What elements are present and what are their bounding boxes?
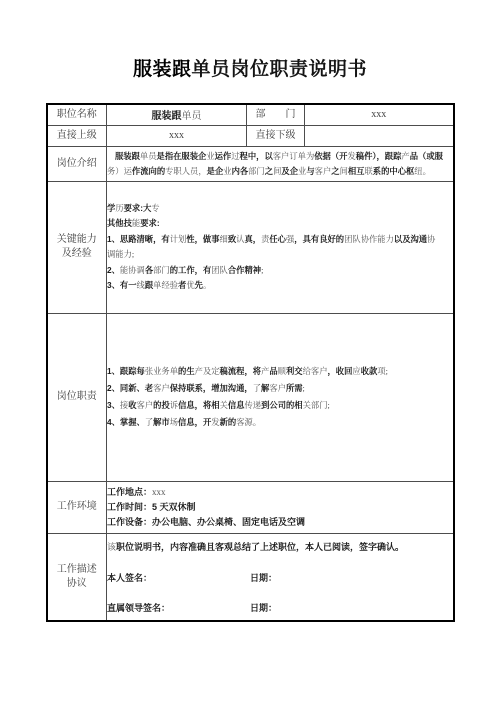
leader-date-label: 日期： xyxy=(250,603,277,613)
skills-text-line: 其他技能要求: xyxy=(107,216,453,232)
environment-section-label-cell: 工作环境 xyxy=(47,481,107,533)
duties-content-cell: 1、跟踪每张业务单的生产及定稿流程，将产品顺利交给客户，收回应收款项; 2、同新… xyxy=(107,313,454,481)
job-description-table: 职位名称 服装跟单员 部 门 xxx 直接上级 xxx 直接下级 xyxy=(46,103,455,622)
subordinate-label: 直接下级 xyxy=(256,130,296,141)
skills-content-cell: 学历要求:大专 其他技能要求: 1、思路清晰，有计划性，做事细致认真，责任心强，… xyxy=(107,181,454,313)
supervisor-value: xxx xyxy=(169,130,184,141)
skills-section-label-line1: 关键能力 xyxy=(48,233,107,247)
duties-text-line: 1、跟踪每张业务单的生产及定稿流程，将产品顺利交给客户，收回应收款项; xyxy=(107,363,453,380)
agreement-section-label-line2: 协议 xyxy=(48,577,107,591)
subordinate-value-cell xyxy=(305,125,454,146)
table-row-environment: 工作环境 工作地点：xxx 工作时间：5 天双休制 工作设备：办公电脑、办公桌椅… xyxy=(47,481,454,533)
position-name-label: 职位名称 xyxy=(57,109,97,120)
environment-text-line: 工作地点：xxx xyxy=(107,485,453,500)
position-name-label-cell: 职位名称 xyxy=(47,104,107,125)
subordinate-label-cell: 直接下级 xyxy=(247,125,305,146)
skills-text-line: 3、有一线跟单经验者优先。 xyxy=(107,278,453,294)
document-page: 服装跟单员岗位职责说明书 职位名称 服装跟单员 部 门 xxx 直接上级 xyxy=(0,0,500,707)
agreement-intro-line: 该职位说明书，内容准确且客观总结了上述职位，本人已阅读，签字确认。 xyxy=(107,540,453,554)
environment-section-label: 工作环境 xyxy=(57,501,97,512)
environment-text-line: 工作时间：5 天双休制 xyxy=(107,500,453,515)
department-value-cell: xxx xyxy=(305,104,454,125)
intro-section-label: 岗位介绍 xyxy=(57,158,97,169)
skills-text-line: 学历要求:大专 xyxy=(107,201,453,217)
supervisor-label: 直接上级 xyxy=(57,130,97,141)
intro-section-label-cell: 岗位介绍 xyxy=(47,146,107,181)
duties-section-label: 岗位职责 xyxy=(57,391,97,402)
table-row-duties: 岗位职责 1、跟踪每张业务单的生产及定稿流程，将产品顺利交给客户，收回应收款项;… xyxy=(47,313,454,481)
leader-signature-row: 直属领导签名：日期： xyxy=(107,601,453,614)
skills-section-label-line2: 及经验 xyxy=(48,247,107,261)
skills-text-line: 1、思路清晰，有计划性，做事细致认真，责任心强，具有良好的团队协作能力以及沟通协 xyxy=(107,232,453,248)
intro-text-line: 服装跟单员是指在服装企业运作过程中，以客户订单为依据（开发稿件），跟踪产品（或服 xyxy=(107,149,453,164)
skills-text-line: 调能力; xyxy=(107,247,453,263)
duties-text-line: 2、同新、老客户保持联系，增加沟通，了解客户所需; xyxy=(107,380,453,397)
environment-text-line: 工作设备：办公电脑、办公桌椅、固定电话及空调 xyxy=(107,515,453,530)
table-row-position: 职位名称 服装跟单员 部 门 xxx xyxy=(47,104,454,125)
self-date-label: 日期： xyxy=(250,573,277,583)
leader-signature-label: 直属领导签名： xyxy=(107,601,250,614)
department-label: 部 门 xyxy=(256,109,296,120)
duties-text-line: 3、接收客户的投诉信息，将相关信息传递到公司的相关部门; xyxy=(107,397,453,414)
department-label-cell: 部 门 xyxy=(247,104,305,125)
agreement-content-cell: 该职位说明书，内容准确且客观总结了上述职位，本人已阅读，签字确认。 本人签名：日… xyxy=(107,533,454,621)
supervisor-label-cell: 直接上级 xyxy=(47,125,107,146)
table-row-agreement: 工作描述 协议 该职位说明书，内容准确且客观总结了上述职位，本人已阅读，签字确认… xyxy=(47,533,454,621)
table-row-supervisor: 直接上级 xxx 直接下级 xyxy=(47,125,454,146)
duties-text-line: 4、掌握、了解市场信息，开发新的客源。 xyxy=(107,414,453,431)
position-name-value-cell: 服装跟单员 xyxy=(107,104,247,125)
agreement-section-label-cell: 工作描述 协议 xyxy=(47,533,107,621)
skills-section-label-cell: 关键能力 及经验 xyxy=(47,181,107,313)
skills-text-line: 2、能协调各部门的工作，有团队合作精神; xyxy=(107,263,453,279)
table-row-skills: 关键能力 及经验 学历要求:大专 其他技能要求: 1、思路清晰，有计划性，做事细… xyxy=(47,181,454,313)
intro-text-line: 务）运作流向的专职人员，是企业内各部门之间及企业与客户之间相互联系的中心枢纽。 xyxy=(107,164,453,179)
supervisor-value-cell: xxx xyxy=(107,125,247,146)
page-title: 服装跟单员岗位职责说明书 xyxy=(0,57,500,82)
self-signature-row: 本人签名：日期： xyxy=(107,571,453,584)
position-name-value: 服装跟单员 xyxy=(152,111,202,122)
self-signature-label: 本人签名： xyxy=(107,571,250,584)
department-value: xxx xyxy=(371,109,386,120)
intro-content-cell: 服装跟单员是指在服装企业运作过程中，以客户订单为依据（开发稿件），跟踪产品（或服… xyxy=(107,146,454,181)
environment-content-cell: 工作地点：xxx 工作时间：5 天双休制 工作设备：办公电脑、办公桌椅、固定电话… xyxy=(107,481,454,533)
agreement-section-label-line1: 工作描述 xyxy=(48,563,107,577)
duties-section-label-cell: 岗位职责 xyxy=(47,313,107,481)
table-row-intro: 岗位介绍 服装跟单员是指在服装企业运作过程中，以客户订单为依据（开发稿件），跟踪… xyxy=(47,146,454,181)
